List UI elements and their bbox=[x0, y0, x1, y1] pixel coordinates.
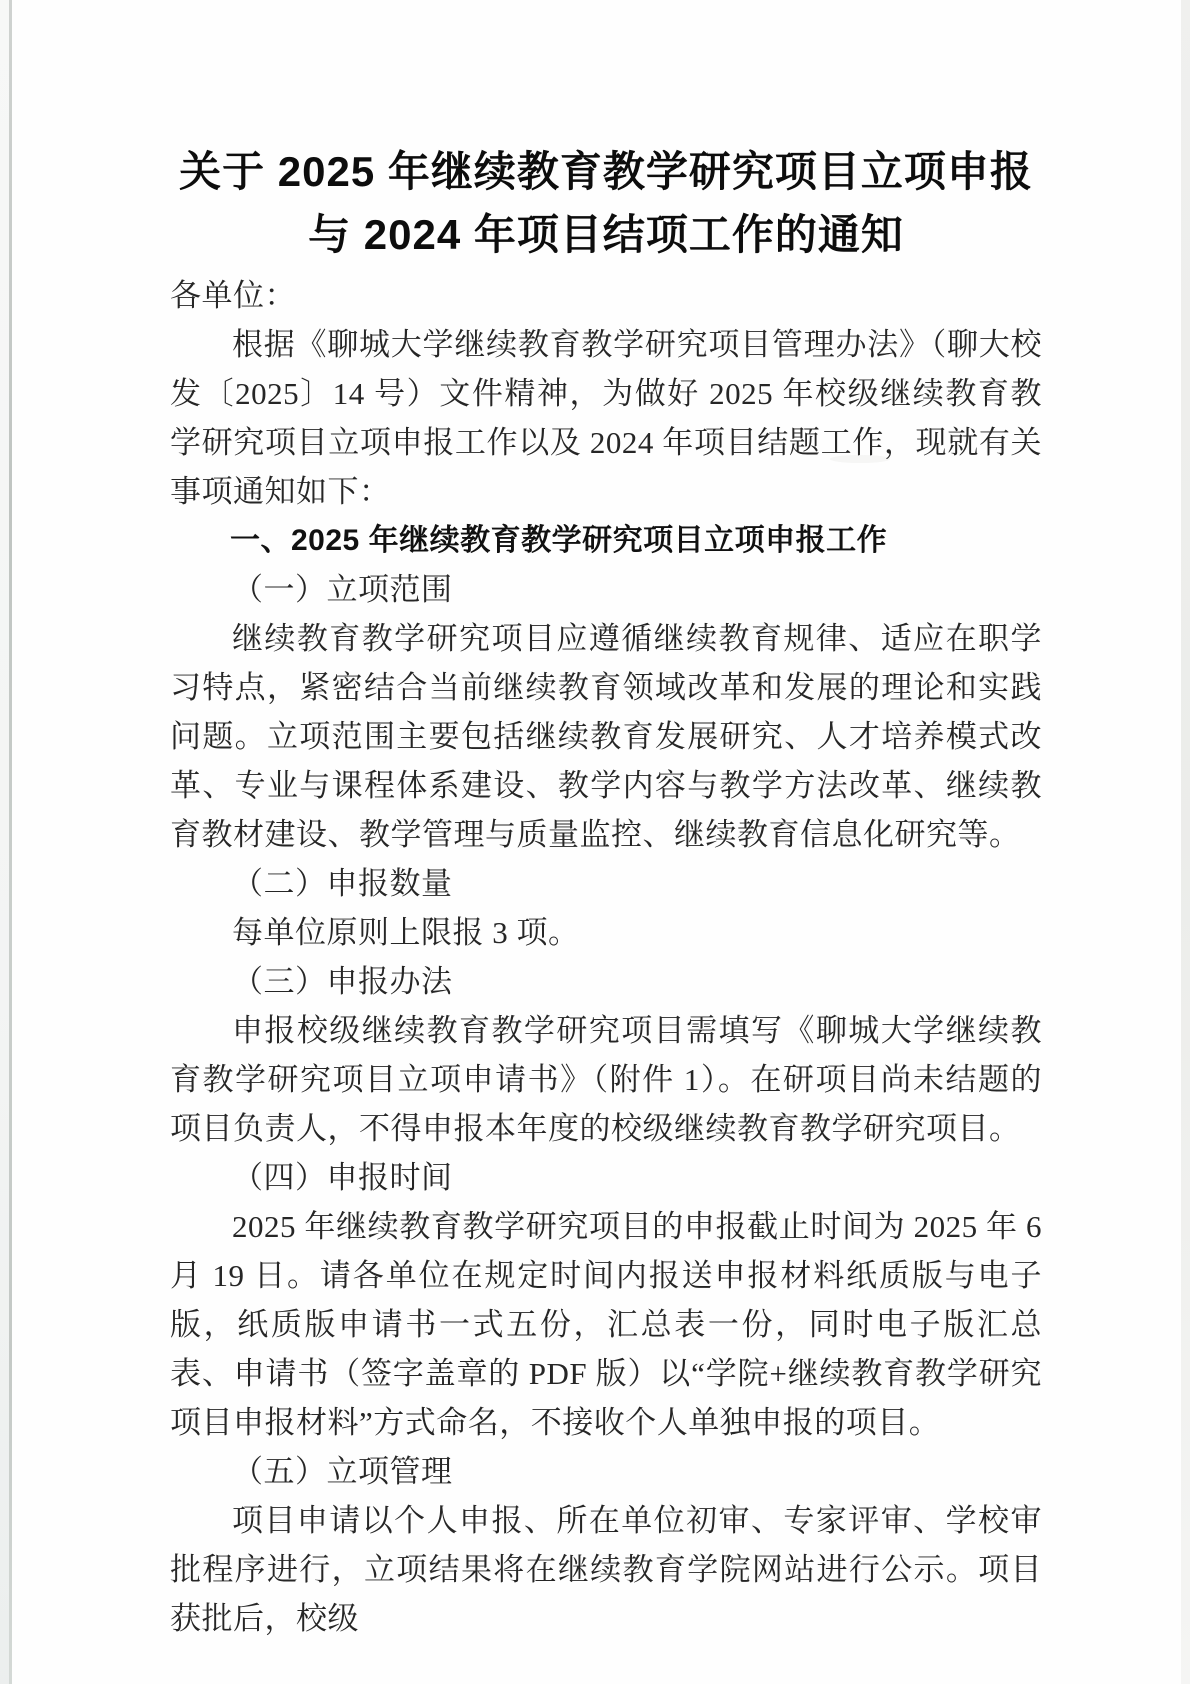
scan-edge-right-strip bbox=[1181, 0, 1190, 1684]
intro-paragraph: 根据《聊城大学继续教育教学研究项目管理办法》（聊大校发〔2025〕14 号）文件… bbox=[170, 320, 1042, 516]
subsection-1-5-paragraph: 项目申请以个人申报、所在单位初审、专家评审、学校审批程序进行，立项结果将在继续教… bbox=[170, 1496, 1042, 1643]
subsection-1-2-paragraph: 每单位原则上限报 3 项。 bbox=[170, 908, 1042, 957]
subsection-1-3-paragraph: 申报校级继续教育教学研究项目需填写《聊城大学继续教育教学研究项目立项申请书》（附… bbox=[170, 1006, 1042, 1153]
subsection-1-1-paragraph: 继续教育教学研究项目应遵循继续教育规律、适应在职学习特点，紧密结合当前继续教育领… bbox=[170, 614, 1042, 859]
subsection-1-4-paragraph: 2025 年继续教育教学研究项目的申报截止时间为 2025 年 6 月 19 日… bbox=[170, 1202, 1042, 1447]
document-content: 关于 2025 年继续教育教学研究项目立项申报 与 2024 年项目结项工作的通… bbox=[170, 140, 1042, 1643]
subsection-1-3-heading: （三）申报办法 bbox=[170, 957, 1042, 1006]
subsection-1-4-heading: （四）申报时间 bbox=[170, 1153, 1042, 1202]
salutation: 各单位： bbox=[170, 271, 1042, 320]
document-body: 各单位： 根据《聊城大学继续教育教学研究项目管理办法》（聊大校发〔2025〕14… bbox=[170, 271, 1042, 1643]
scan-edge-left-shadow bbox=[0, 0, 9, 1684]
scanned-page: 关于 2025 年继续教育教学研究项目立项申报 与 2024 年项目结项工作的通… bbox=[0, 0, 1190, 1684]
document-blocks: 根据《聊城大学继续教育教学研究项目管理办法》（聊大校发〔2025〕14 号）文件… bbox=[170, 320, 1042, 1643]
document-title-line-1: 关于 2025 年继续教育教学研究项目立项申报 bbox=[170, 140, 1042, 203]
section-1-heading: 一、2025 年继续教育教学研究项目立项申报工作 bbox=[170, 516, 1042, 565]
scan-edge-left-line bbox=[9, 0, 12, 1684]
subsection-1-2-heading: （二）申报数量 bbox=[170, 859, 1042, 908]
subsection-1-5-heading: （五）立项管理 bbox=[170, 1447, 1042, 1496]
document-title-line-2: 与 2024 年项目结项工作的通知 bbox=[170, 203, 1042, 266]
subsection-1-1-heading: （一）立项范围 bbox=[170, 565, 1042, 614]
